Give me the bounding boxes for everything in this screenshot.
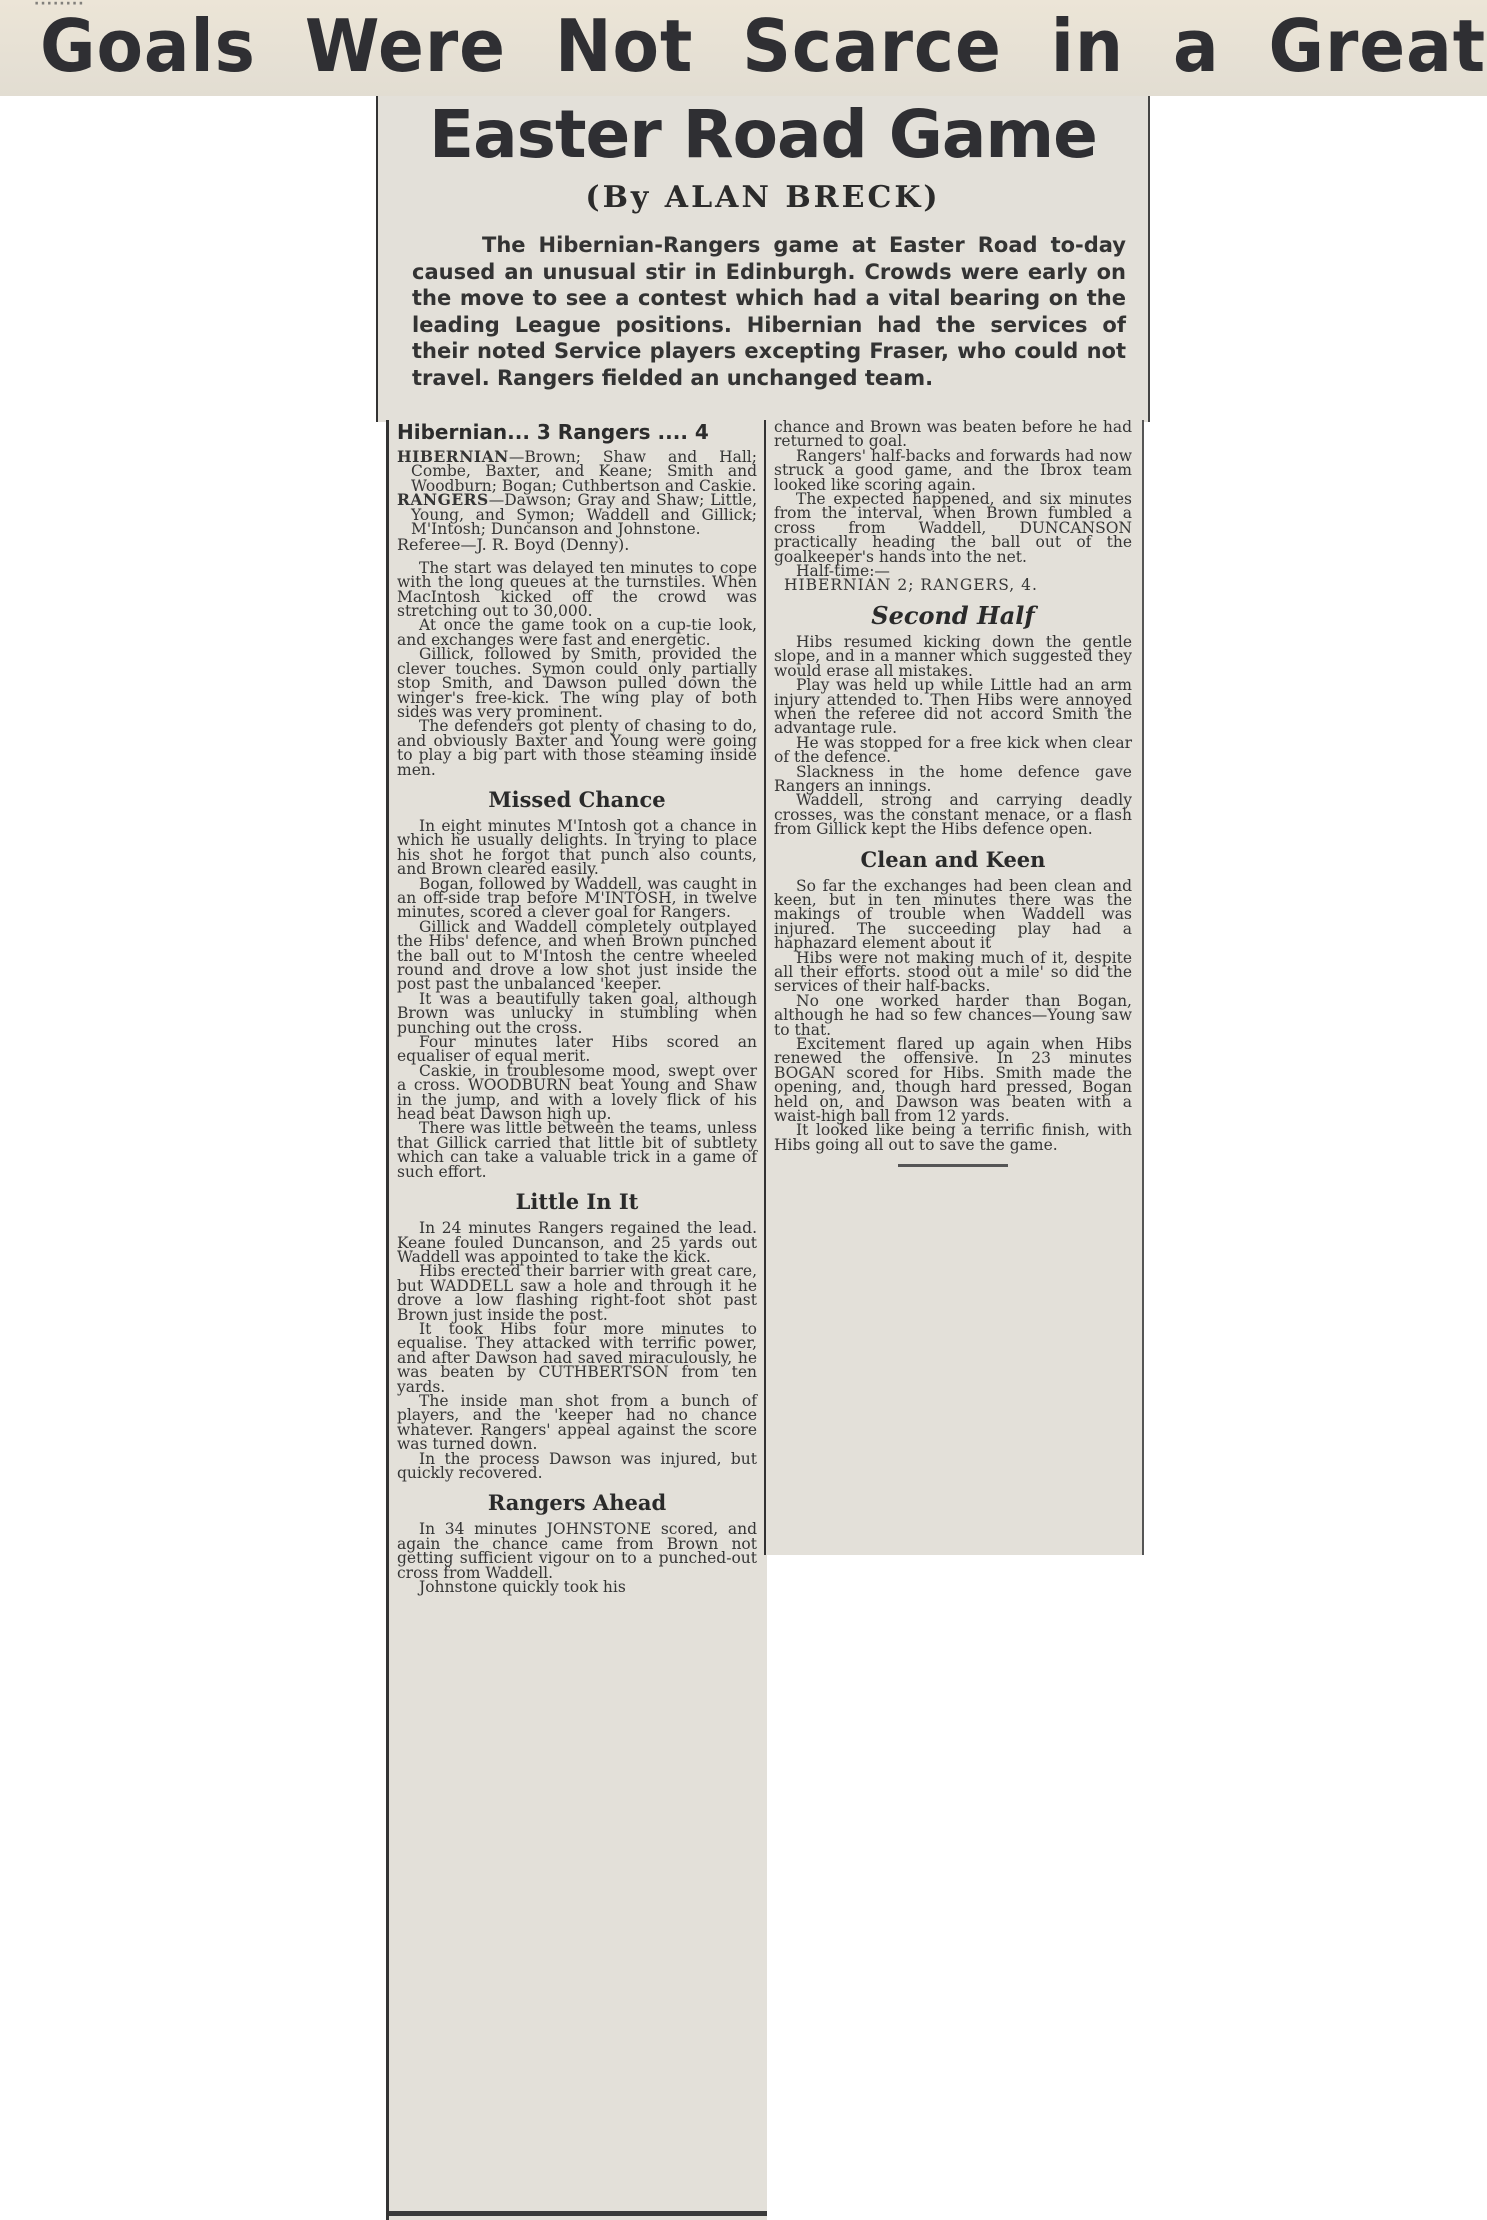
paragraph: Waddell, strong and carrying deadly cros… [774, 793, 1132, 836]
rangers-lineup: RANGERS—Dawson; Gray and Shaw; Little, Y… [397, 493, 757, 536]
paragraph: In 24 minutes Rangers regained the lead.… [397, 1221, 757, 1264]
halftime-score: HIBERNIAN 2; RANGERS, 4. [774, 578, 1132, 592]
end-of-article-rule [898, 1164, 1008, 1167]
paragraph: Four minutes later Hibs scored an equali… [397, 1035, 757, 1064]
byline: (By ALAN BRECK) [378, 180, 1148, 215]
headline-line-1: Goals Were Not Scarce in a Great [40, 4, 1375, 88]
paragraph: In eight minutes M'Intosh got a chance i… [397, 819, 757, 877]
paragraph: chance and Brown was beaten before he ha… [774, 420, 1132, 449]
subheading-rangers-ahead: Rangers Ahead [397, 1490, 757, 1516]
hibernian-lineup: HIBERNIAN—Brown; Shaw and Hall; Combe, B… [397, 450, 757, 493]
paragraph: Excitement flared up again when Hibs ren… [774, 1037, 1132, 1123]
paragraph: Gillick and Waddell completely outplayed… [397, 920, 757, 992]
paragraph: The expected happened, and six minutes f… [774, 492, 1132, 564]
paragraph: No one worked harder than Bogan, althoug… [774, 994, 1132, 1037]
score-line: Hibernian... 3 Rangers .... 4 [397, 420, 757, 444]
subheading-second-half: Second Half [774, 603, 1132, 629]
paragraph: Hibs resumed kicking down the gentle slo… [774, 635, 1132, 678]
paragraph: He was stopped for a free kick when clea… [774, 736, 1132, 765]
paragraph: The start was delayed ten minutes to cop… [397, 561, 757, 619]
paragraph: The inside man shot from a bunch of play… [397, 1394, 757, 1452]
paragraph: The defenders got plenty of chasing to d… [397, 719, 757, 777]
intro-paragraph: The Hibernian-Rangers game at Easter Roa… [412, 232, 1126, 391]
paragraph: Johnstone quickly took his [397, 1580, 757, 1594]
paragraph: In 34 minutes JOHNSTONE scored, and agai… [397, 1522, 757, 1580]
headline-line-2: Easter Road Game [378, 96, 1148, 173]
paragraph: Hibs were not making much of it, despite… [774, 951, 1132, 994]
headline-strip: ········ Goals Were Not Scarce in a Grea… [0, 0, 1487, 96]
paragraph: At once the game took on a cup-tie look,… [397, 618, 757, 647]
paragraph: Rangers' half-backs and forwards had now… [774, 449, 1132, 492]
column-bottom-rule [389, 2211, 767, 2216]
paragraph: So far the exchanges had been clean and … [774, 879, 1132, 951]
paragraph: Play was held up while Little had an arm… [774, 678, 1132, 736]
referee-line: Referee—J. R. Boyd (Denny). [397, 538, 757, 552]
subheading-clean-and-keen: Clean and Keen [774, 847, 1132, 873]
subheading-little-in-it: Little In It [397, 1189, 757, 1215]
paragraph: Caskie, in troublesome mood, swept over … [397, 1064, 757, 1122]
paragraph: It looked like being a terrific finish, … [774, 1123, 1132, 1152]
paragraph: There was little between the teams, unle… [397, 1121, 757, 1179]
paragraph: Bogan, followed by Waddell, was caught i… [397, 877, 757, 920]
paragraph: It took Hibs four more minutes to equali… [397, 1322, 757, 1394]
article-column-left: Hibernian... 3 Rangers .... 4 HIBERNIAN—… [386, 420, 767, 2220]
subheading-missed-chance: Missed Chance [397, 787, 757, 813]
paragraph: In the process Dawson was injured, but q… [397, 1452, 757, 1481]
paragraph: It was a beautifully taken goal, althoug… [397, 992, 757, 1035]
paragraph: Slackness in the home defence gave Range… [774, 765, 1132, 794]
paragraph: Gillick, followed by Smith, provided the… [397, 647, 757, 719]
paragraph: Hibs erected their barrier with great ca… [397, 1264, 757, 1322]
article-column-right: chance and Brown was beaten before he ha… [764, 420, 1144, 1555]
article-header: Easter Road Game (By ALAN BRECK) The Hib… [376, 96, 1150, 422]
